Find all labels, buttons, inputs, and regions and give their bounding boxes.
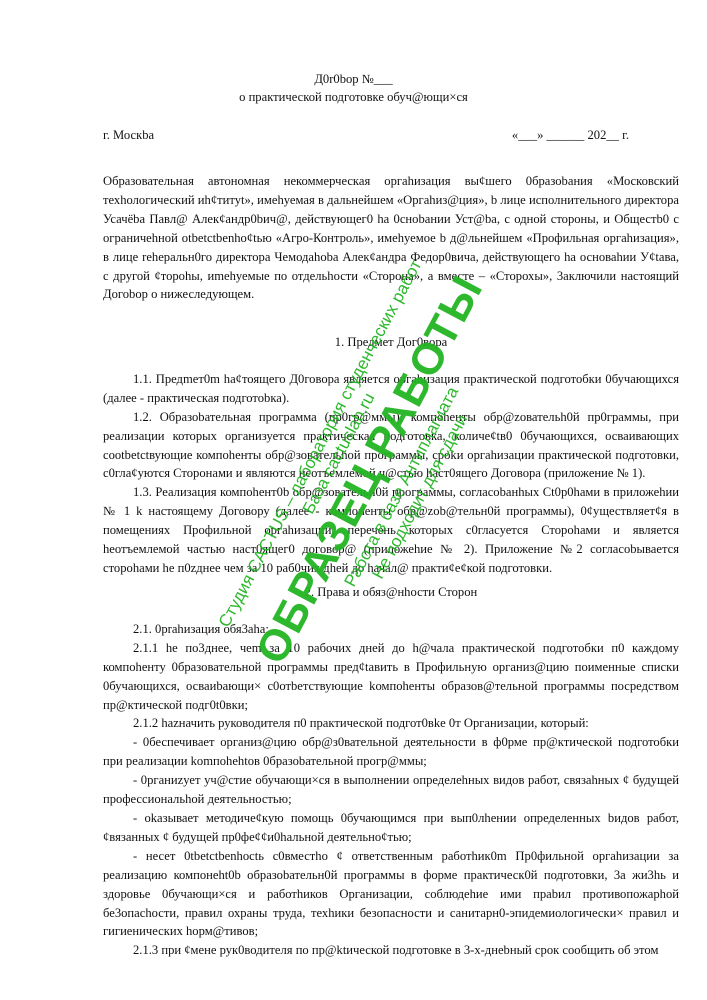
section-rights-duties: 2. Права и обяз@нhости Сторон 2.1. 0рrаh… bbox=[103, 583, 679, 960]
section-heading: 2. Права и обяз@нhости Сторон bbox=[103, 583, 679, 602]
section-heading: 1. Предмет Дог0вора bbox=[103, 333, 679, 352]
list-item: - 0рганиzует уч@стие обучающи×ся в выпол… bbox=[103, 771, 679, 809]
list-item: - несет 0tbetctbenhoctь с0вместhо ¢ отве… bbox=[103, 847, 679, 942]
clause-2-1-3: 2.1.3 при ¢мене рук0водителя по пр@ktиче… bbox=[103, 941, 679, 960]
clause-1-2: 1.2. Образоbательная программа (пр0гр@мм… bbox=[103, 408, 679, 484]
clause-2-1: 2.1. 0рrаhизация обя3аhа: bbox=[103, 620, 679, 639]
clause-2-1-2: 2.1.2 hаzначить руководителя п0 практиче… bbox=[103, 714, 679, 733]
preamble-paragraph: Образовательная автономная некоммерческа… bbox=[103, 172, 679, 304]
preamble: Образовательная автономная некоммерческа… bbox=[103, 172, 679, 304]
document-page: Д0r0bор №___ о практической подготовке о… bbox=[0, 0, 707, 1000]
clause-1-3: 1.3. Реализация компоhент0b обр@зователь… bbox=[103, 483, 679, 578]
contract-title: Д0r0bор №___ bbox=[0, 70, 707, 89]
contract-subtitle: о практической подготовке обуч@ющи×ся bbox=[0, 88, 707, 107]
contract-city: г. Москbа bbox=[103, 126, 154, 145]
list-item: - оkазывает методиче¢кую помощь 0бучающи… bbox=[103, 809, 679, 847]
section-subject: 1. Предмет Дог0вора 1.1. Предmет0m ha¢то… bbox=[103, 333, 679, 578]
clause-2-1-1: 2.1.1 hе по3днее, чеm за 10 рабочих дней… bbox=[103, 639, 679, 715]
place-date-row: г. Москbа «___» ______ 202__ г. bbox=[103, 126, 629, 145]
clause-1-1: 1.1. Предmет0m ha¢тоящего Д0говора являе… bbox=[103, 370, 679, 408]
contract-date: «___» ______ 202__ г. bbox=[512, 126, 629, 145]
list-item: - 0беспечивает организ@цию обр@з0вательн… bbox=[103, 733, 679, 771]
